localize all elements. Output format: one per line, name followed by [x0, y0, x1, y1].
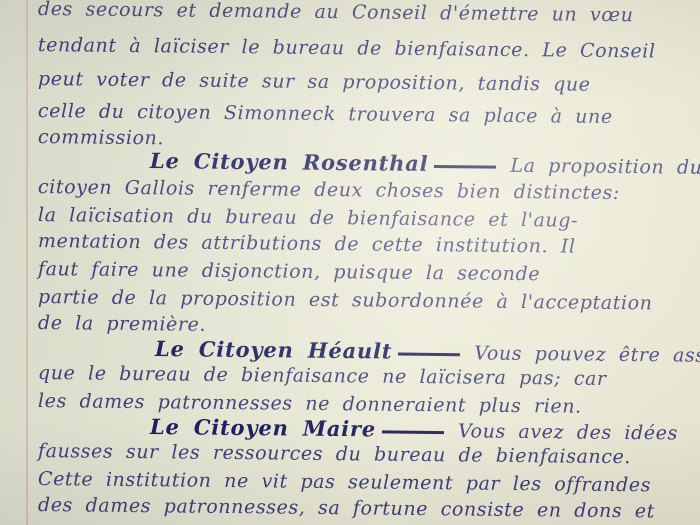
- dash-rule: [382, 430, 444, 434]
- text-line: fausses sur les ressources du bureau de …: [38, 440, 696, 469]
- margin-rule: [26, 0, 28, 525]
- text-line: des dames patronnesses, sa fortune consi…: [38, 494, 696, 523]
- dash-rule: [434, 164, 496, 168]
- speech-heading: Le Citoyen RosenthalLa proposition du: [150, 148, 696, 179]
- text-line: citoyen Gallois renferme deux choses bie…: [38, 176, 696, 205]
- text-line: partie de la proposition est subordonnée…: [38, 286, 696, 315]
- text-line: que le bureau de bienfaisance ne laïcise…: [38, 362, 696, 391]
- speech-heading: Le Citoyen HéaultVous pouvez être assuré…: [155, 336, 696, 367]
- text-line: celle du citoyen Simonneck trouvera sa p…: [38, 100, 696, 129]
- text-line: tendant à laïciser le bureau de bienfais…: [38, 34, 696, 63]
- dash-rule: [398, 352, 460, 356]
- text-line: des secours et demande au Conseil d'émet…: [38, 0, 696, 27]
- speech-heading: Le Citoyen MaireVous avez des idées: [150, 414, 696, 445]
- text-line: mentation des attributions de cette inst…: [38, 230, 696, 259]
- text-line: la laïcisation du bureau de bienfaisance…: [38, 204, 696, 233]
- text-line: peut voter de suite sur sa proposition, …: [38, 68, 696, 97]
- speaker-name: Le Citoyen Rosenthal: [150, 148, 429, 176]
- text-line: de la première.: [38, 312, 696, 341]
- text-line: les dames patronnesses ne donneraient pl…: [38, 390, 696, 419]
- speaker-name: Le Citoyen Héault: [155, 336, 393, 363]
- text-line: Cette institution ne vit pas seulement p…: [38, 468, 696, 497]
- text-line: faut faire une disjonction, puisque la s…: [38, 258, 696, 287]
- manuscript-page: des secours et demande au Conseil d'émet…: [0, 0, 700, 525]
- speaker-name: Le Citoyen Maire: [150, 414, 376, 441]
